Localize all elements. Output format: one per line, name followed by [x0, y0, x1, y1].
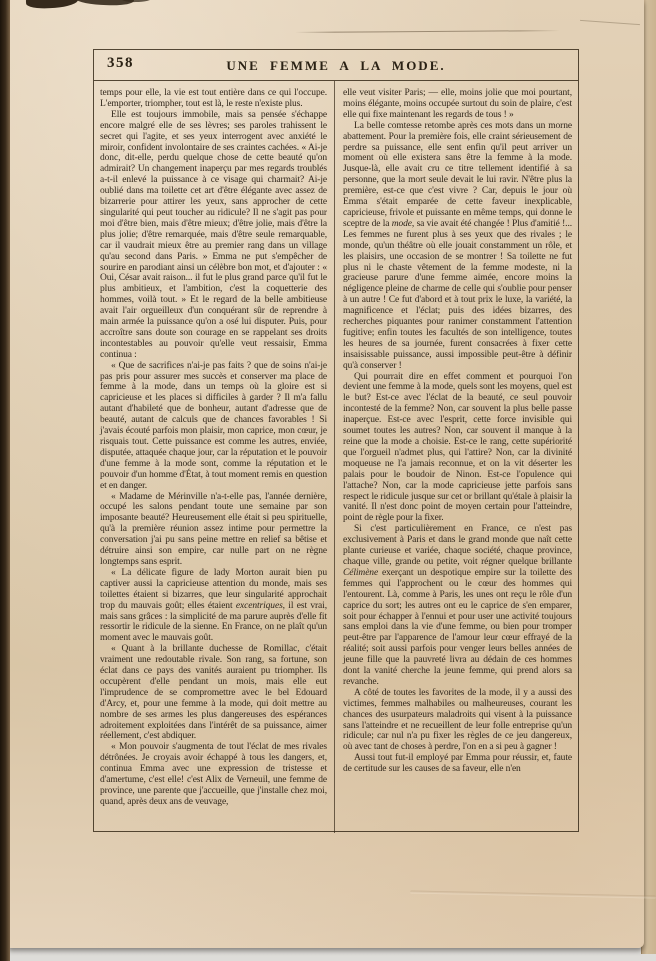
paragraph: temps pour elle, la vie est tout entière…: [100, 88, 327, 110]
paragraph: Si c'est particulièrement en France, ce …: [343, 524, 572, 688]
body-text: Qui pourrait dire en effet comment et po…: [343, 372, 572, 524]
paragraph: Qui pourrait dire en effet comment et po…: [343, 372, 572, 525]
paragraph: Aussi tout fut-il employé par Emma pour …: [343, 753, 572, 775]
body-text: , sa vie avait été changée ! Plus d'amit…: [343, 219, 572, 371]
running-header: 358 UNE FEMME A LA MODE.: [94, 50, 578, 81]
italic-text: Célimène: [343, 568, 378, 578]
body-text: La belle comtesse retombe après ces mots…: [343, 121, 572, 229]
body-text: Aussi tout fut-il employé par Emma pour …: [343, 753, 572, 774]
paragraph: elle veut visiter Paris; — elle, moins j…: [343, 88, 572, 121]
body-text: « Que de sacrifices n'ai-je pas faits ? …: [100, 361, 327, 491]
column-left: temps pour elle, la vie est tout entière…: [94, 81, 334, 833]
paragraph: La belle comtesse retombe après ces mots…: [343, 121, 572, 372]
paragraph: Elle est toujours immobile, mais sa pens…: [100, 110, 327, 361]
scanned-book-page: { "page": { "number": "358", "title": "U…: [0, 0, 656, 961]
body-text: Elle est toujours immobile, mais sa pens…: [100, 110, 327, 360]
paragraph: « Que de sacrifices n'ai-je pas faits ? …: [100, 361, 327, 492]
italic-text: mode: [392, 219, 412, 229]
page-title: UNE FEMME A LA MODE.: [94, 58, 578, 74]
paragraph: « La délicate figure de lady Morton aura…: [100, 568, 327, 644]
italic-text: excentriques: [236, 601, 283, 611]
column-right: elle veut visiter Paris; — elle, moins j…: [335, 81, 578, 833]
body-text: « Madame de Mérinville n'a-t-elle pas, l…: [100, 492, 327, 567]
body-text: Si c'est particulièrement en France, ce …: [343, 524, 572, 567]
body-text: temps pour elle, la vie est tout entière…: [100, 88, 327, 109]
paragraph: « Mon pouvoir s'augmenta de tout l'éclat…: [100, 742, 327, 807]
body-text: « Mon pouvoir s'augmenta de tout l'éclat…: [100, 742, 327, 807]
body-text: A côté de toutes les favorites de la mod…: [343, 688, 572, 753]
body-text: « Quant à la brillante duchesse de Romil…: [100, 644, 327, 741]
text-block-frame: 358 UNE FEMME A LA MODE. temps pour elle…: [93, 49, 579, 832]
paragraph: A côté de toutes les favorites de la mod…: [343, 688, 572, 753]
body-text: exerçant un despotique empire sur la toi…: [343, 568, 572, 687]
scan-dark-edge-left: [0, 0, 10, 961]
paragraph: « Madame de Mérinville n'a-t-elle pas, l…: [100, 492, 327, 568]
body-text: elle veut visiter Paris; — elle, moins j…: [343, 88, 572, 120]
two-column-text-area: temps pour elle, la vie est tout entière…: [94, 81, 578, 833]
paragraph: « Quant à la brillante duchesse de Romil…: [100, 644, 327, 742]
